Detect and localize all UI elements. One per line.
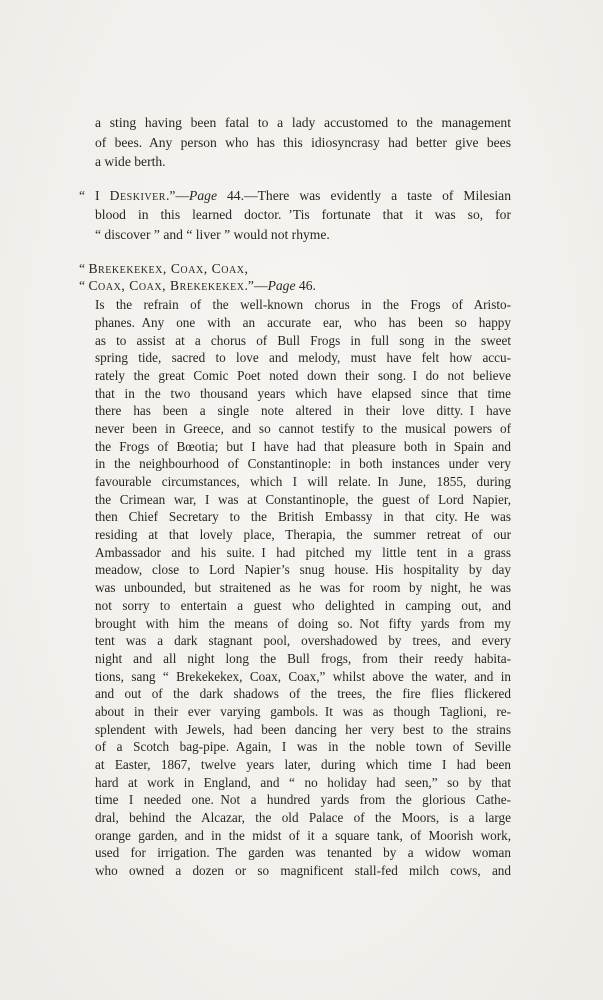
- body-text: orange garden, and in the midst of it a …: [95, 828, 511, 843]
- text-line: hard at work in England, and “ no holida…: [95, 774, 511, 792]
- text-line: the Crimean war, I was at Constantinople…: [95, 491, 511, 509]
- body-text: a sting having been fatal to a lady accu…: [95, 115, 511, 130]
- body-text: the Frogs of Bœotia; but I have had that…: [95, 439, 511, 454]
- body-text: a wide berth.: [95, 154, 166, 169]
- body-text: that in the two thousand years which hav…: [95, 386, 511, 401]
- note-brekekekex-body: Is the refrain of the well-known chorus …: [95, 296, 511, 880]
- text-line: not sorry to entertain a guest who delig…: [95, 597, 511, 615]
- body-text: there has been a single note altered in …: [95, 403, 511, 418]
- body-text: used for irrigation. The garden was tena…: [95, 845, 511, 860]
- body-text: .”—: [166, 188, 189, 203]
- smallcaps-text: Coax, Coax, Brekekekex: [88, 278, 244, 293]
- note-deskiver: “ I Deskiver.”—Page 44.—There was eviden…: [95, 186, 511, 245]
- body-text: dral, behind the Alcazar, the old Palace…: [95, 810, 511, 825]
- body-text: about in their ever varying gambols. It …: [95, 704, 511, 719]
- text-line: “ I Deskiver.”—Page 44.—There was eviden…: [79, 186, 511, 206]
- body-text: the Crimean war, I was at Constantinople…: [95, 492, 511, 507]
- smallcaps-text: Brekekekex, Coax, Coax,: [88, 261, 248, 276]
- text-line: orange garden, and in the midst of it a …: [95, 827, 511, 845]
- body-text: tions, sang “ Brekekekex, Coax, Coax,” w…: [95, 669, 511, 684]
- text-line: the Frogs of Bœotia; but I have had that…: [95, 438, 511, 456]
- body-text: “ I: [79, 188, 110, 203]
- text-line: “ Brekekekex, Coax, Coax,: [79, 260, 511, 278]
- body-text: time I needed one. Not a hundred yards f…: [95, 792, 511, 807]
- text-line: that in the two thousand years which hav…: [95, 385, 511, 403]
- book-page-scan: a sting having been fatal to a lady accu…: [0, 0, 603, 1000]
- body-text: splendent with Jewels, had been dancing …: [95, 722, 511, 737]
- body-text: of bees. Any person who has this idiosyn…: [95, 135, 511, 150]
- text-line: night and all night long the Bull frogs,…: [95, 650, 511, 668]
- text-line: “ discover ” and “ liver ” would not rhy…: [95, 225, 511, 245]
- body-text: Is the refrain of the well-known chorus …: [95, 297, 511, 312]
- body-text: hard at work in England, and “ no holida…: [95, 775, 511, 790]
- text-line: a wide berth.: [95, 152, 511, 172]
- body-text: .”—: [245, 278, 268, 293]
- body-text: spring tide, sacred to love and melody, …: [95, 350, 511, 365]
- text-line: who owned a dozen or so magnificent stal…: [95, 862, 511, 880]
- smallcaps-text: Deskiver: [110, 188, 166, 203]
- body-text: of a Scotch bag-pipe. Again, I was in th…: [95, 739, 511, 754]
- text-line: there has been a single note altered in …: [95, 402, 511, 420]
- text-column: a sting having been fatal to a lady accu…: [95, 113, 511, 880]
- text-line: at Easter, 1867, twelve years later, dur…: [95, 756, 511, 774]
- text-line: phanes. Any one with an accurate ear, wh…: [95, 314, 511, 332]
- body-text: 44.—There was evidently a taste of Miles…: [217, 188, 511, 203]
- body-text: “ discover ” and “ liver ” would not rhy…: [95, 227, 330, 242]
- text-line: dral, behind the Alcazar, the old Palace…: [95, 809, 511, 827]
- body-text: not sorry to entertain a guest who delig…: [95, 598, 511, 613]
- text-line: a sting having been fatal to a lady accu…: [95, 113, 511, 133]
- text-line: splendent with Jewels, had been dancing …: [95, 721, 511, 739]
- note-brekekekex-heading: “ Brekekekex, Coax, Coax,“ Coax, Coax, B…: [95, 260, 511, 296]
- body-text: in the neighbourhood of Constantinople: …: [95, 456, 511, 471]
- continuation-paragraph: a sting having been fatal to a lady accu…: [95, 113, 511, 172]
- text-line: time I needed one. Not a hundred yards f…: [95, 791, 511, 809]
- body-text: was unbounded, but straitened as he was …: [95, 580, 511, 595]
- body-text: 46.: [296, 278, 316, 293]
- text-line: tent was a dark stagnant pool, overshado…: [95, 632, 511, 650]
- text-line: used for irrigation. The garden was tena…: [95, 844, 511, 862]
- text-line: of a Scotch bag-pipe. Again, I was in th…: [95, 738, 511, 756]
- body-text: phanes. Any one with an accurate ear, wh…: [95, 315, 511, 330]
- body-text: brought with him the means of doing so. …: [95, 616, 511, 631]
- body-text: tent was a dark stagnant pool, overshado…: [95, 633, 511, 648]
- body-text: favourable circumstances, which I will r…: [95, 474, 511, 489]
- text-line: then Chief Secretary to the British Emba…: [95, 508, 511, 526]
- body-text: at Easter, 1867, twelve years later, dur…: [95, 757, 511, 772]
- body-text: residing at that lovely place, Therapia,…: [95, 527, 511, 542]
- text-line: and out of the dark shadows of the trees…: [95, 685, 511, 703]
- body-text: never been in Greece, and so cannot test…: [95, 421, 511, 436]
- text-line: brought with him the means of doing so. …: [95, 615, 511, 633]
- text-line: meadow, close to Lord Napier’s snug hous…: [95, 561, 511, 579]
- text-line: about in their ever varying gambols. It …: [95, 703, 511, 721]
- text-line: rately the great Comic Poet noted down t…: [95, 367, 511, 385]
- body-text: then Chief Secretary to the British Emba…: [95, 509, 511, 524]
- text-line: as to assist at a chorus of Bull Frogs i…: [95, 332, 511, 350]
- body-text: rately the great Comic Poet noted down t…: [95, 368, 511, 383]
- body-text: Ambassador and his suite. I had pitched …: [95, 545, 511, 560]
- body-text: meadow, close to Lord Napier’s snug hous…: [95, 562, 511, 577]
- text-line: of bees. Any person who has this idiosyn…: [95, 133, 511, 153]
- body-text: night and all night long the Bull frogs,…: [95, 651, 511, 666]
- text-line: was unbounded, but straitened as he was …: [95, 579, 511, 597]
- italic-text: Page: [189, 188, 217, 203]
- text-line: favourable circumstances, which I will r…: [95, 473, 511, 491]
- text-line: blood in this learned doctor. ’Tis fortu…: [95, 205, 511, 225]
- text-line: spring tide, sacred to love and melody, …: [95, 349, 511, 367]
- body-text: blood in this learned doctor. ’Tis fortu…: [95, 207, 511, 222]
- text-line: never been in Greece, and so cannot test…: [95, 420, 511, 438]
- text-line: Is the refrain of the well-known chorus …: [95, 296, 511, 314]
- italic-text: Page: [268, 278, 296, 293]
- text-line: tions, sang “ Brekekekex, Coax, Coax,” w…: [95, 668, 511, 686]
- body-text: as to assist at a chorus of Bull Frogs i…: [95, 333, 511, 348]
- text-line: in the neighbourhood of Constantinople: …: [95, 455, 511, 473]
- text-line: Ambassador and his suite. I had pitched …: [95, 544, 511, 562]
- text-line: residing at that lovely place, Therapia,…: [95, 526, 511, 544]
- body-text: who owned a dozen or so magnificent stal…: [95, 863, 511, 878]
- body-text: and out of the dark shadows of the trees…: [95, 686, 511, 701]
- text-line: “ Coax, Coax, Brekekekex.”—Page 46.: [79, 277, 511, 295]
